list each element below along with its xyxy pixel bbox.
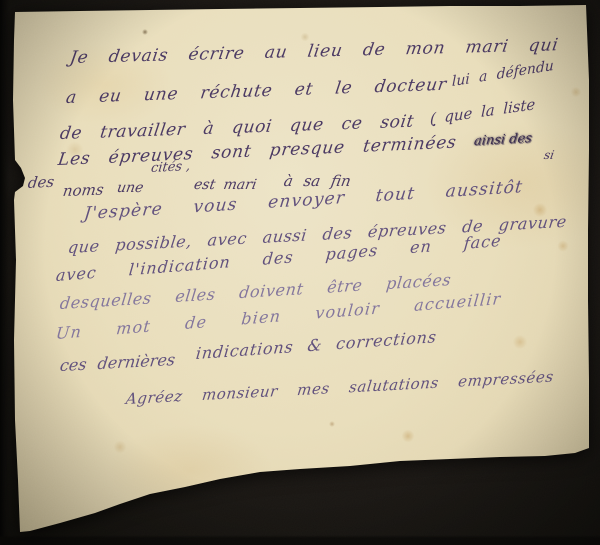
crossed-out-word: ainsi des — [474, 131, 533, 150]
salutation-text: Agréez monsieur mes salutations empressé… — [125, 368, 555, 409]
underlined-words-text: ces dernières — [59, 350, 177, 375]
handwritten-line-1: Je devais écrire au lieu de mon mari qui — [70, 35, 559, 68]
line-5-crossed-word-1: une — [117, 180, 143, 197]
small-insertion-text: si — [543, 148, 556, 162]
line-5-word-noms: noms — [63, 181, 104, 200]
line-5-word-des: des — [28, 173, 55, 192]
insertion-text: lui a défendu — [452, 58, 554, 91]
letter-paper: Je devais écrire au lieu de mon mari qui… — [0, 0, 600, 545]
line-11-underlined-words: ces dernières — [59, 350, 175, 375]
paper-shadow-wrap: Je devais écrire au lieu de mon mari qui… — [0, 0, 600, 545]
handwritten-line-2: a eu une réchute et le docteur — [66, 75, 448, 109]
word-noms: noms — [62, 181, 105, 201]
insertion-lui-a-defendu: lui a défendu — [451, 58, 555, 91]
crossed-word-2-text: est mari — [193, 177, 258, 194]
line-5-crossed-word-2: est mari — [194, 177, 256, 194]
insertion-cites-text: cités , — [150, 159, 191, 177]
line-1-text: Je devais écrire au lieu de mon mari qui — [68, 35, 559, 68]
small-insertion-si: si — [544, 148, 554, 162]
photo-background: Je devais écrire au lieu de mon mari qui… — [0, 0, 600, 545]
crossed-out-text: ainsi des — [473, 131, 533, 150]
closing-salutation-line: Agréez monsieur mes salutations empressé… — [126, 368, 555, 408]
crossed-word-1-text: une — [116, 180, 145, 197]
parenthetical-note: ( que la liste — [429, 95, 537, 128]
word-des: des — [27, 173, 55, 193]
line-11-rest-text: indications & corrections — [195, 327, 438, 363]
line-5-insertion-cites: cités , — [151, 159, 191, 177]
line-2-text: a eu une réchute et le docteur — [65, 75, 449, 109]
line-11-rest: indications & corrections — [195, 327, 437, 363]
parenthetical-text: ( que la liste — [430, 95, 536, 128]
